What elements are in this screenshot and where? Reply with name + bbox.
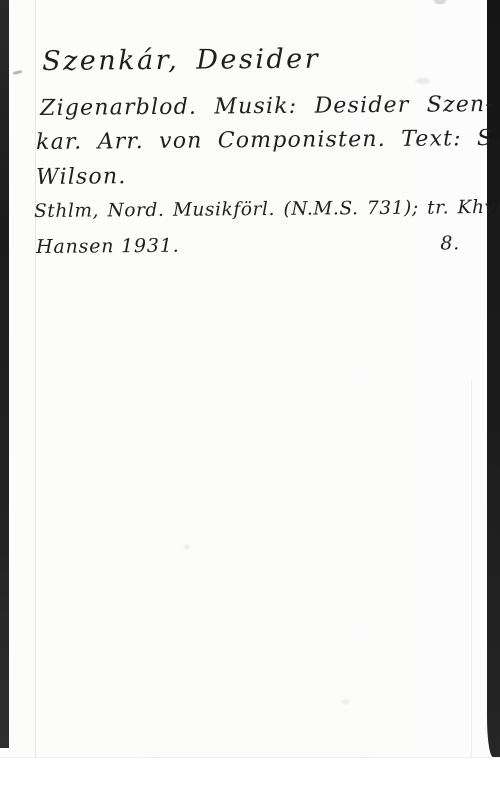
scanned-catalog-card: Szenkár, Desider Zigenarblod. Musik: Des… [0,0,500,800]
card-body-line: Wilson. [36,164,127,190]
scan-bottom-margin [0,757,500,800]
card-body-line: Zigenarblod. Musik: Desider Szen- [40,92,494,121]
scan-smudge [416,78,430,84]
card-format-note: 8. [440,232,460,254]
card-heading-author: Szenkár, Desider [42,44,320,77]
card-imprint-row: Hansen 1931. 8. [36,232,460,258]
film-edge-left [0,0,9,748]
card-right-edge-line [471,380,472,757]
card-imprint-line: Sthlm, Nord. Musikförl. (N.M.S. 731); tr… [34,196,500,222]
scan-smudge [184,545,190,549]
card-left-edge-line [35,0,36,757]
card-body-line: kar. Arr. von Componisten. Text: S. S, [36,126,500,155]
card-imprint-line: Hansen 1931. [36,235,180,258]
scan-smudge [342,700,349,704]
